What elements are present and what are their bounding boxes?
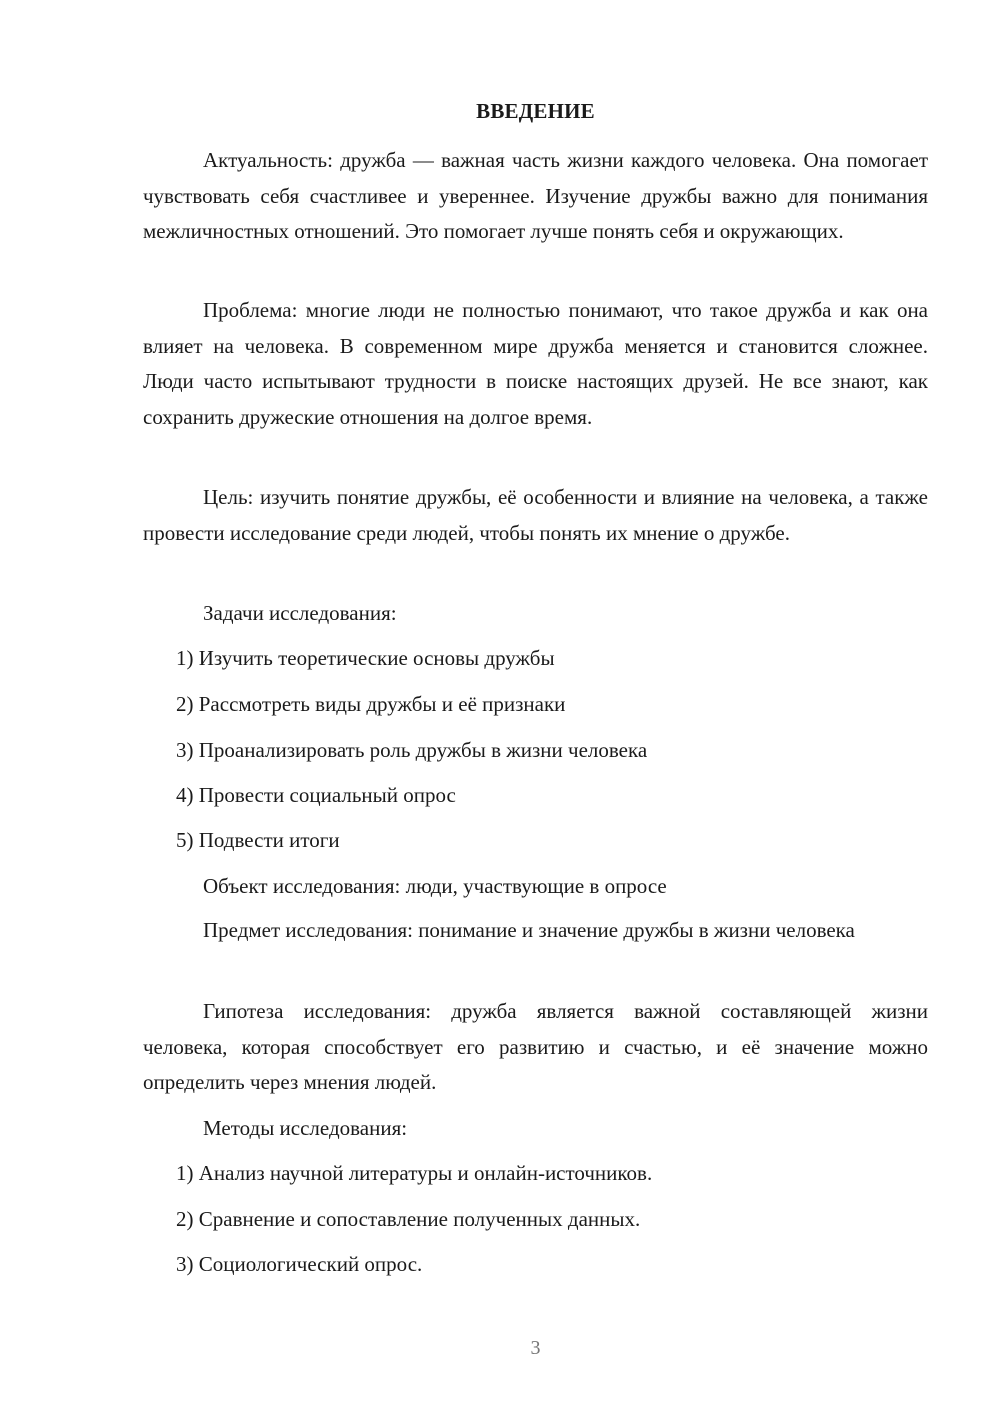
list-item: 5) Подвести итоги — [176, 827, 340, 853]
paragraph-problem: Проблема: многие люди не полностью поним… — [143, 293, 928, 435]
list-item: 1) Изучить теоретические основы дружбы — [176, 645, 555, 671]
list-item: 3) Проанализировать роль дружбы в жизни … — [176, 737, 647, 763]
section-title: ВВЕДЕНИЕ — [143, 98, 928, 124]
paragraph-goal: Цель: изучить понятие дружбы, её особенн… — [143, 480, 928, 551]
list-item: 4) Провести социальный опрос — [176, 782, 456, 808]
list-item: 3) Социологический опрос. — [176, 1251, 422, 1277]
page-number: 3 — [143, 1337, 928, 1360]
methods-heading: Методы исследования: — [203, 1115, 407, 1141]
paragraph-relevance: Актуальность: дружба — важная часть жизн… — [143, 143, 928, 250]
list-item: 2) Рассмотреть виды дружбы и её признаки — [176, 691, 565, 717]
list-item: 2) Сравнение и сопоставление полученных … — [176, 1206, 640, 1232]
list-item: 1) Анализ научной литературы и онлайн-ис… — [176, 1160, 652, 1186]
research-subject: Предмет исследования: понимание и значен… — [143, 913, 928, 949]
research-object: Объект исследования: люди, участвующие в… — [203, 873, 667, 899]
research-hypothesis: Гипотеза исследования: дружба является в… — [143, 994, 928, 1101]
tasks-heading: Задачи исследования: — [203, 600, 397, 626]
